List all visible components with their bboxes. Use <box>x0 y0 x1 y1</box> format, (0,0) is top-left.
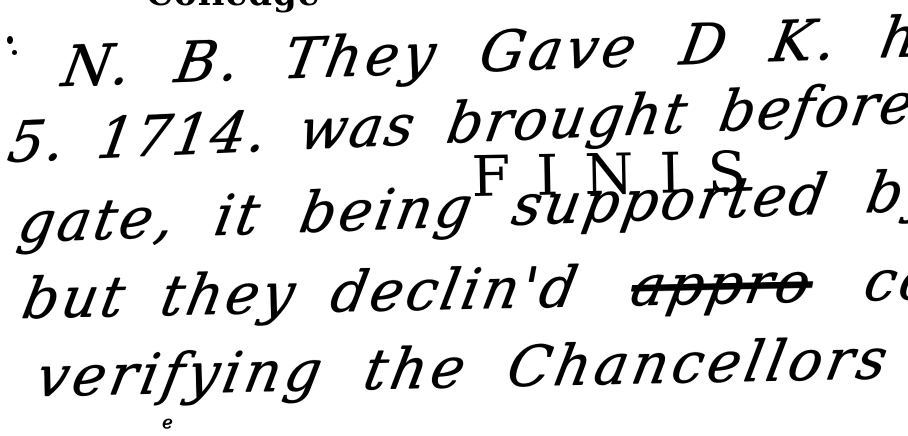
printed-header-fragment: Colledge <box>146 0 320 11</box>
ink-speck <box>7 36 13 44</box>
line4-text-before: but they declin'd <box>18 260 584 328</box>
line4-struck-word: appro <box>627 255 818 315</box>
manuscript-page: Colledge N. B. They Gave D K. had n 5. 1… <box>0 0 908 436</box>
handwritten-line-3: gate, it being supported by ye <box>14 160 908 252</box>
handwritten-line-4: but they declin'd appro confirm <box>18 249 908 328</box>
handwritten-line-5: verifying the Chancellors ord <box>32 329 908 406</box>
ink-speck <box>12 50 17 55</box>
stray-letter-mark: e <box>162 414 173 432</box>
ink-speck <box>189 57 195 62</box>
line4-text-after: confirm <box>860 249 908 310</box>
